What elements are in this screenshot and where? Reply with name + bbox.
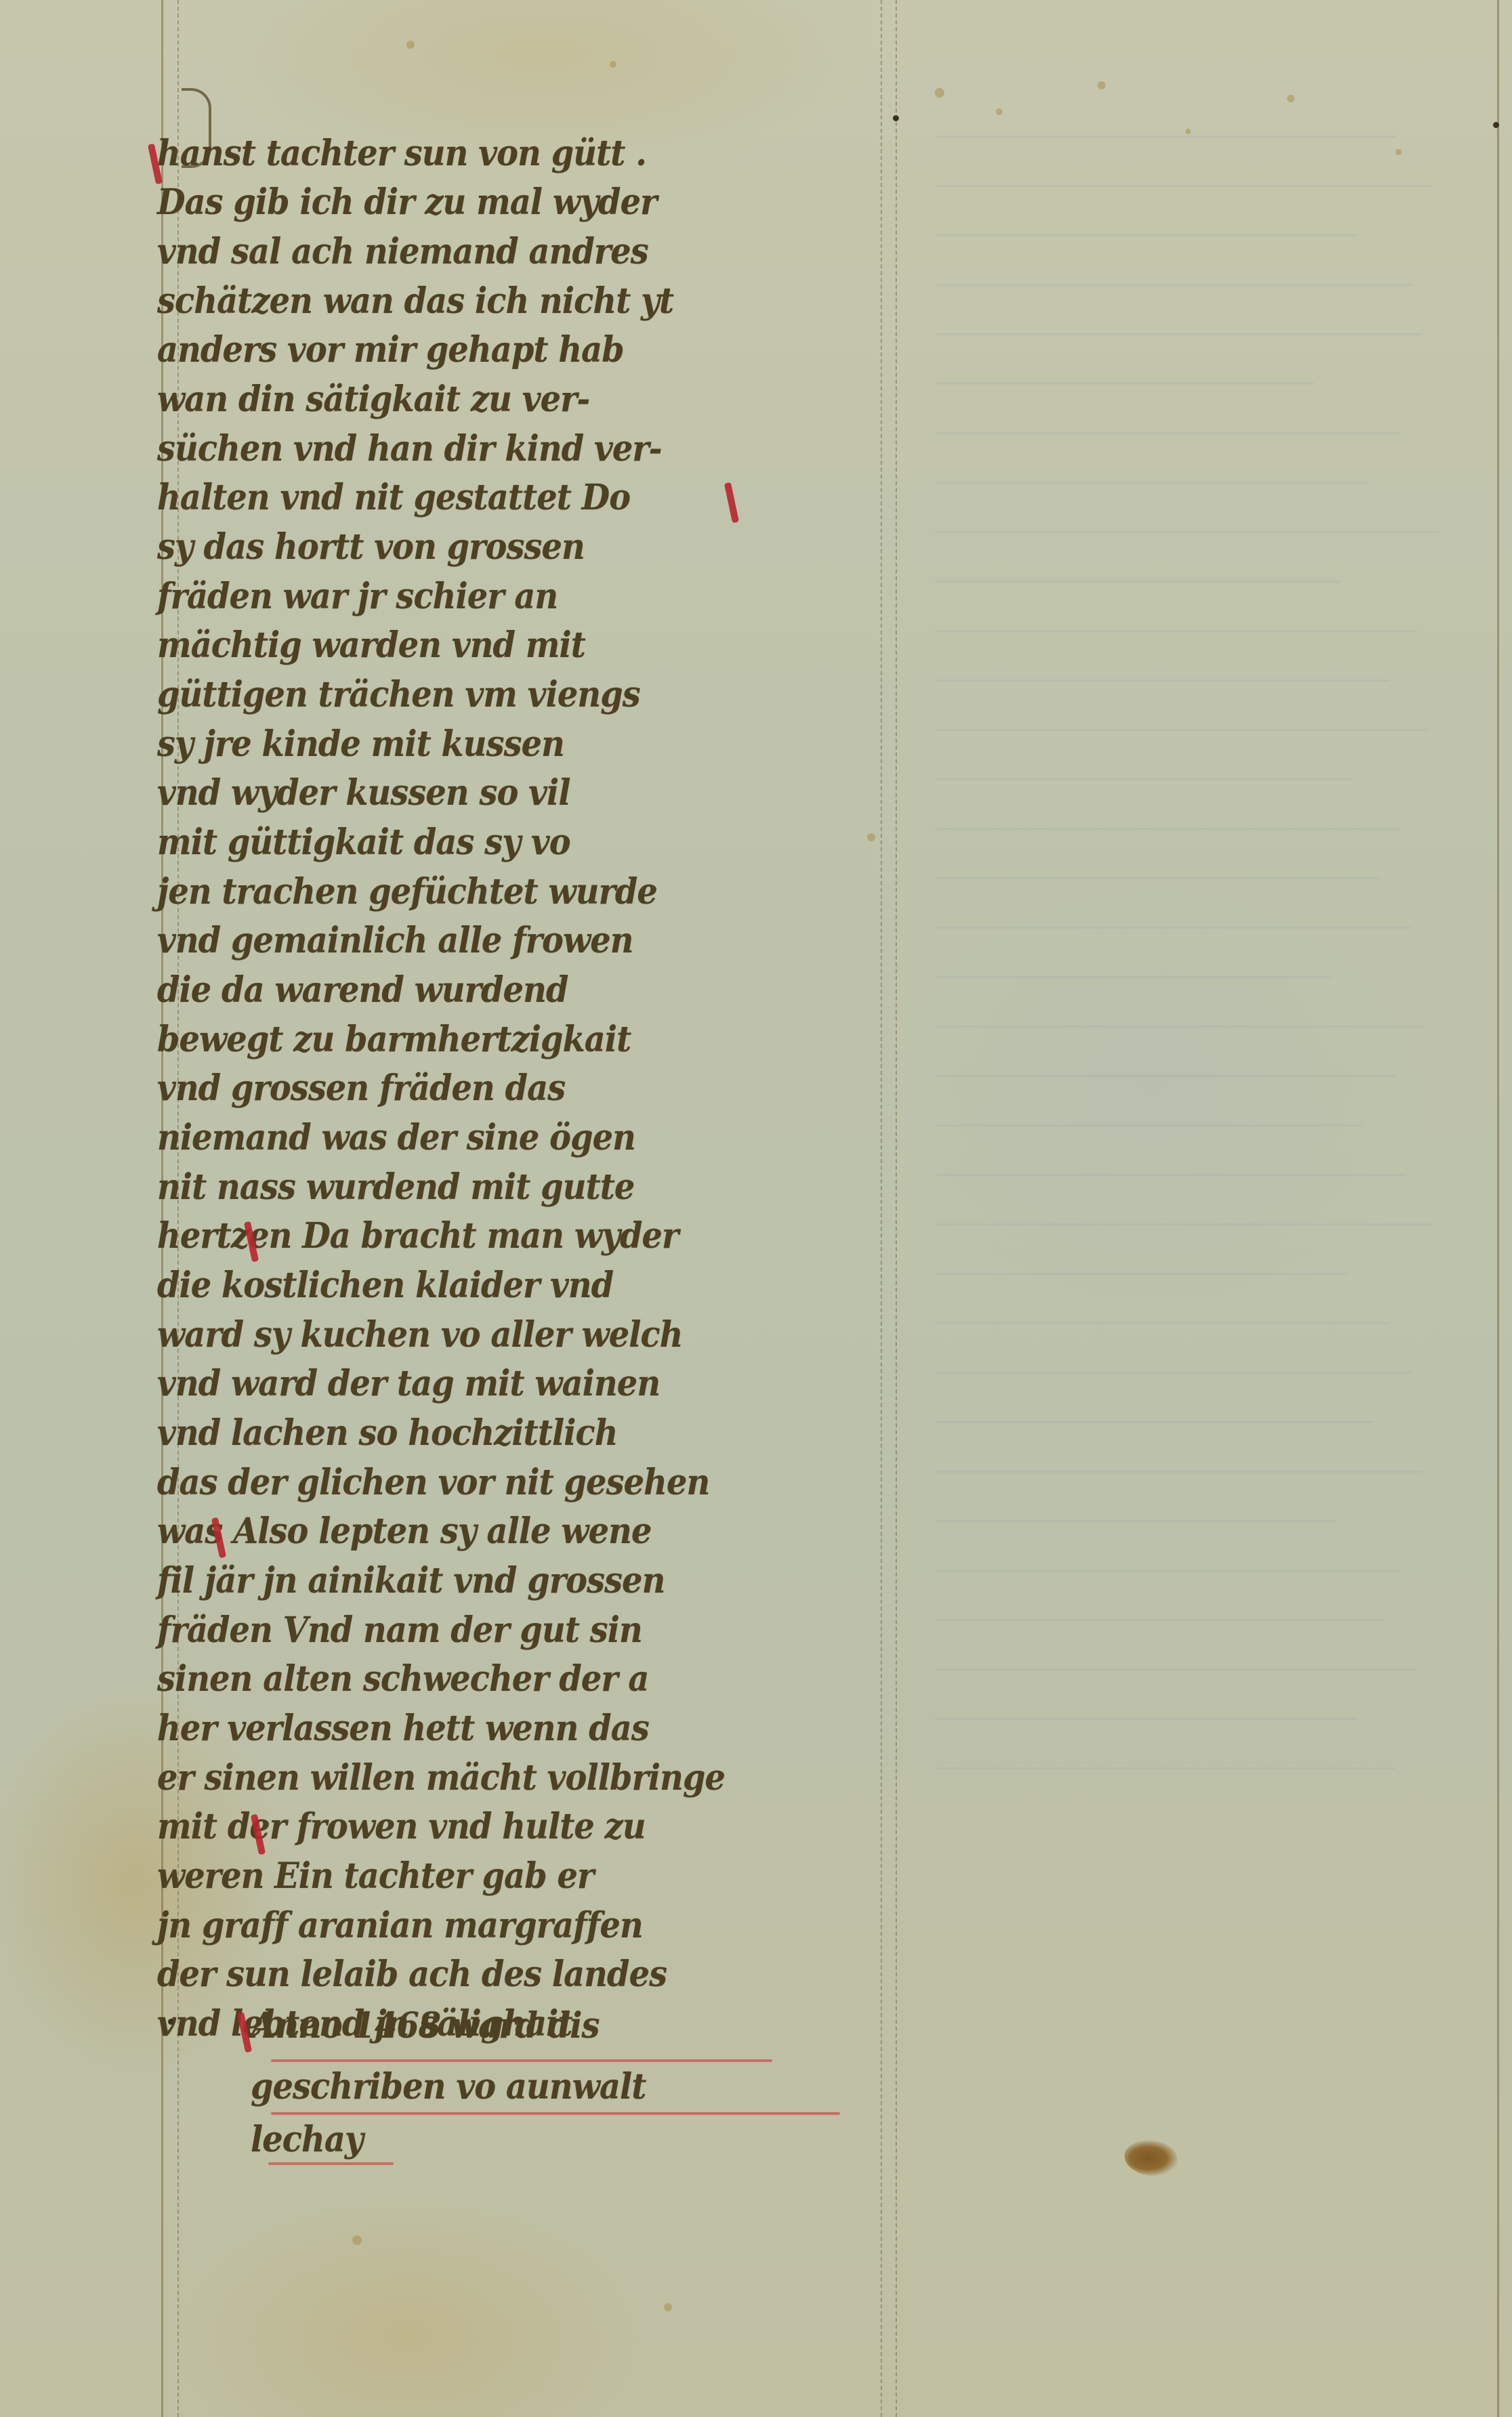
foxing-speck [1185, 129, 1191, 134]
colophon-line: geschriben vo aunwalt [251, 2066, 646, 2107]
text-line: vnd grossen fräden das [157, 1068, 565, 1109]
foxing-speck [406, 41, 415, 49]
text-line: her verlassen hett wenn das [157, 1708, 649, 1749]
text-line: der sun lelaib ach des landes [157, 1954, 667, 1995]
text-line: anders vor mir gehapt hab [157, 329, 624, 371]
text-line: jen trachen gefüchtet wurde [157, 871, 657, 912]
text-line: güttigen trächen vm viengs [157, 674, 640, 715]
foxing-speck [996, 108, 1003, 115]
text-line: vnd wyder kussen so vil [157, 772, 570, 814]
right-column-show-through [935, 135, 1477, 1817]
text-line: jn graff aranian margraffen [157, 1905, 643, 1946]
text-line: was Also lepten sy alle wene [157, 1511, 652, 1552]
text-line: sinen alten schwecher der a [157, 1658, 648, 1700]
red-underline [271, 2112, 840, 2115]
text-line: vnd sal ach niemand andres [157, 231, 648, 272]
brown-stain [1125, 2141, 1177, 2176]
red-underline [268, 2162, 394, 2165]
ruling-line-text-right [881, 0, 882, 2417]
foxing-speck [1287, 95, 1295, 102]
ruling-line-column-right [1497, 0, 1499, 2417]
text-line: mit güttigkait das sy vo [157, 822, 570, 863]
text-line: wan din sätigkait zu ver- [157, 379, 589, 420]
rubric-stroke-initial [724, 482, 739, 524]
text-line: hertzen Da bracht man wyder [157, 1215, 678, 1257]
foxing-speck [610, 61, 616, 68]
text-line: halten vnd nit gestattet Do [157, 477, 630, 518]
text-line: nit nass wurdend mit gutte [157, 1167, 634, 1208]
text-line: die kostlichen klaider vnd [157, 1265, 613, 1306]
text-line: sy jre kinde mit kussen [157, 723, 564, 765]
text-line: sy das hortt von grossen [157, 526, 585, 568]
text-line: Das gib ich dir zu mal wyder [157, 182, 656, 223]
colophon-line: Anno 1468 ward dis [251, 2005, 600, 2046]
foxing-speck [352, 2235, 362, 2245]
text-line: hanst tachter sun von gütt . [157, 133, 646, 174]
text-line: ward sy kuchen vo aller welch [157, 1314, 683, 1355]
text-line: schätzen wan das ich nicht yt [157, 280, 673, 322]
prick-mark [893, 115, 899, 121]
text-line: er sinen willen mächt vollbringe [157, 1757, 725, 1799]
foxing-speck [935, 88, 944, 98]
text-line: fräden war jr schier an [157, 576, 558, 617]
text-line: die da warend wurdend [157, 969, 568, 1011]
colophon-line: lechay [251, 2119, 363, 2160]
foxing-speck [867, 833, 875, 841]
text-line: mächtig warden vnd mit [157, 625, 585, 666]
text-line: das der glichen vor nit gesehen [157, 1462, 709, 1503]
text-line: weren Ein tachter gab er [157, 1855, 593, 1897]
text-line: niemand was der sine ögen [157, 1117, 635, 1158]
text-line: süchen vnd han dir kind ver- [157, 428, 662, 469]
text-line: fräden Vnd nam der gut sin [157, 1610, 642, 1651]
foxing-speck [1097, 81, 1106, 89]
text-line: vnd lachen so hochzittlich [157, 1412, 618, 1454]
text-line: fil jär jn ainikait vnd grossen [157, 1560, 665, 1601]
foxing-speck [664, 2303, 672, 2311]
red-underline [271, 2059, 772, 2062]
text-line: vnd ward der tag mit wainen [157, 1363, 660, 1404]
text-line: mit der frowen vnd hulte zu [157, 1806, 646, 1847]
text-line: bewegt zu barmhertzigkait [157, 1019, 631, 1060]
prick-mark [1493, 122, 1499, 128]
text-line: vnd gemainlich alle frowen [157, 920, 633, 961]
ruling-line-column-left [896, 0, 897, 2417]
